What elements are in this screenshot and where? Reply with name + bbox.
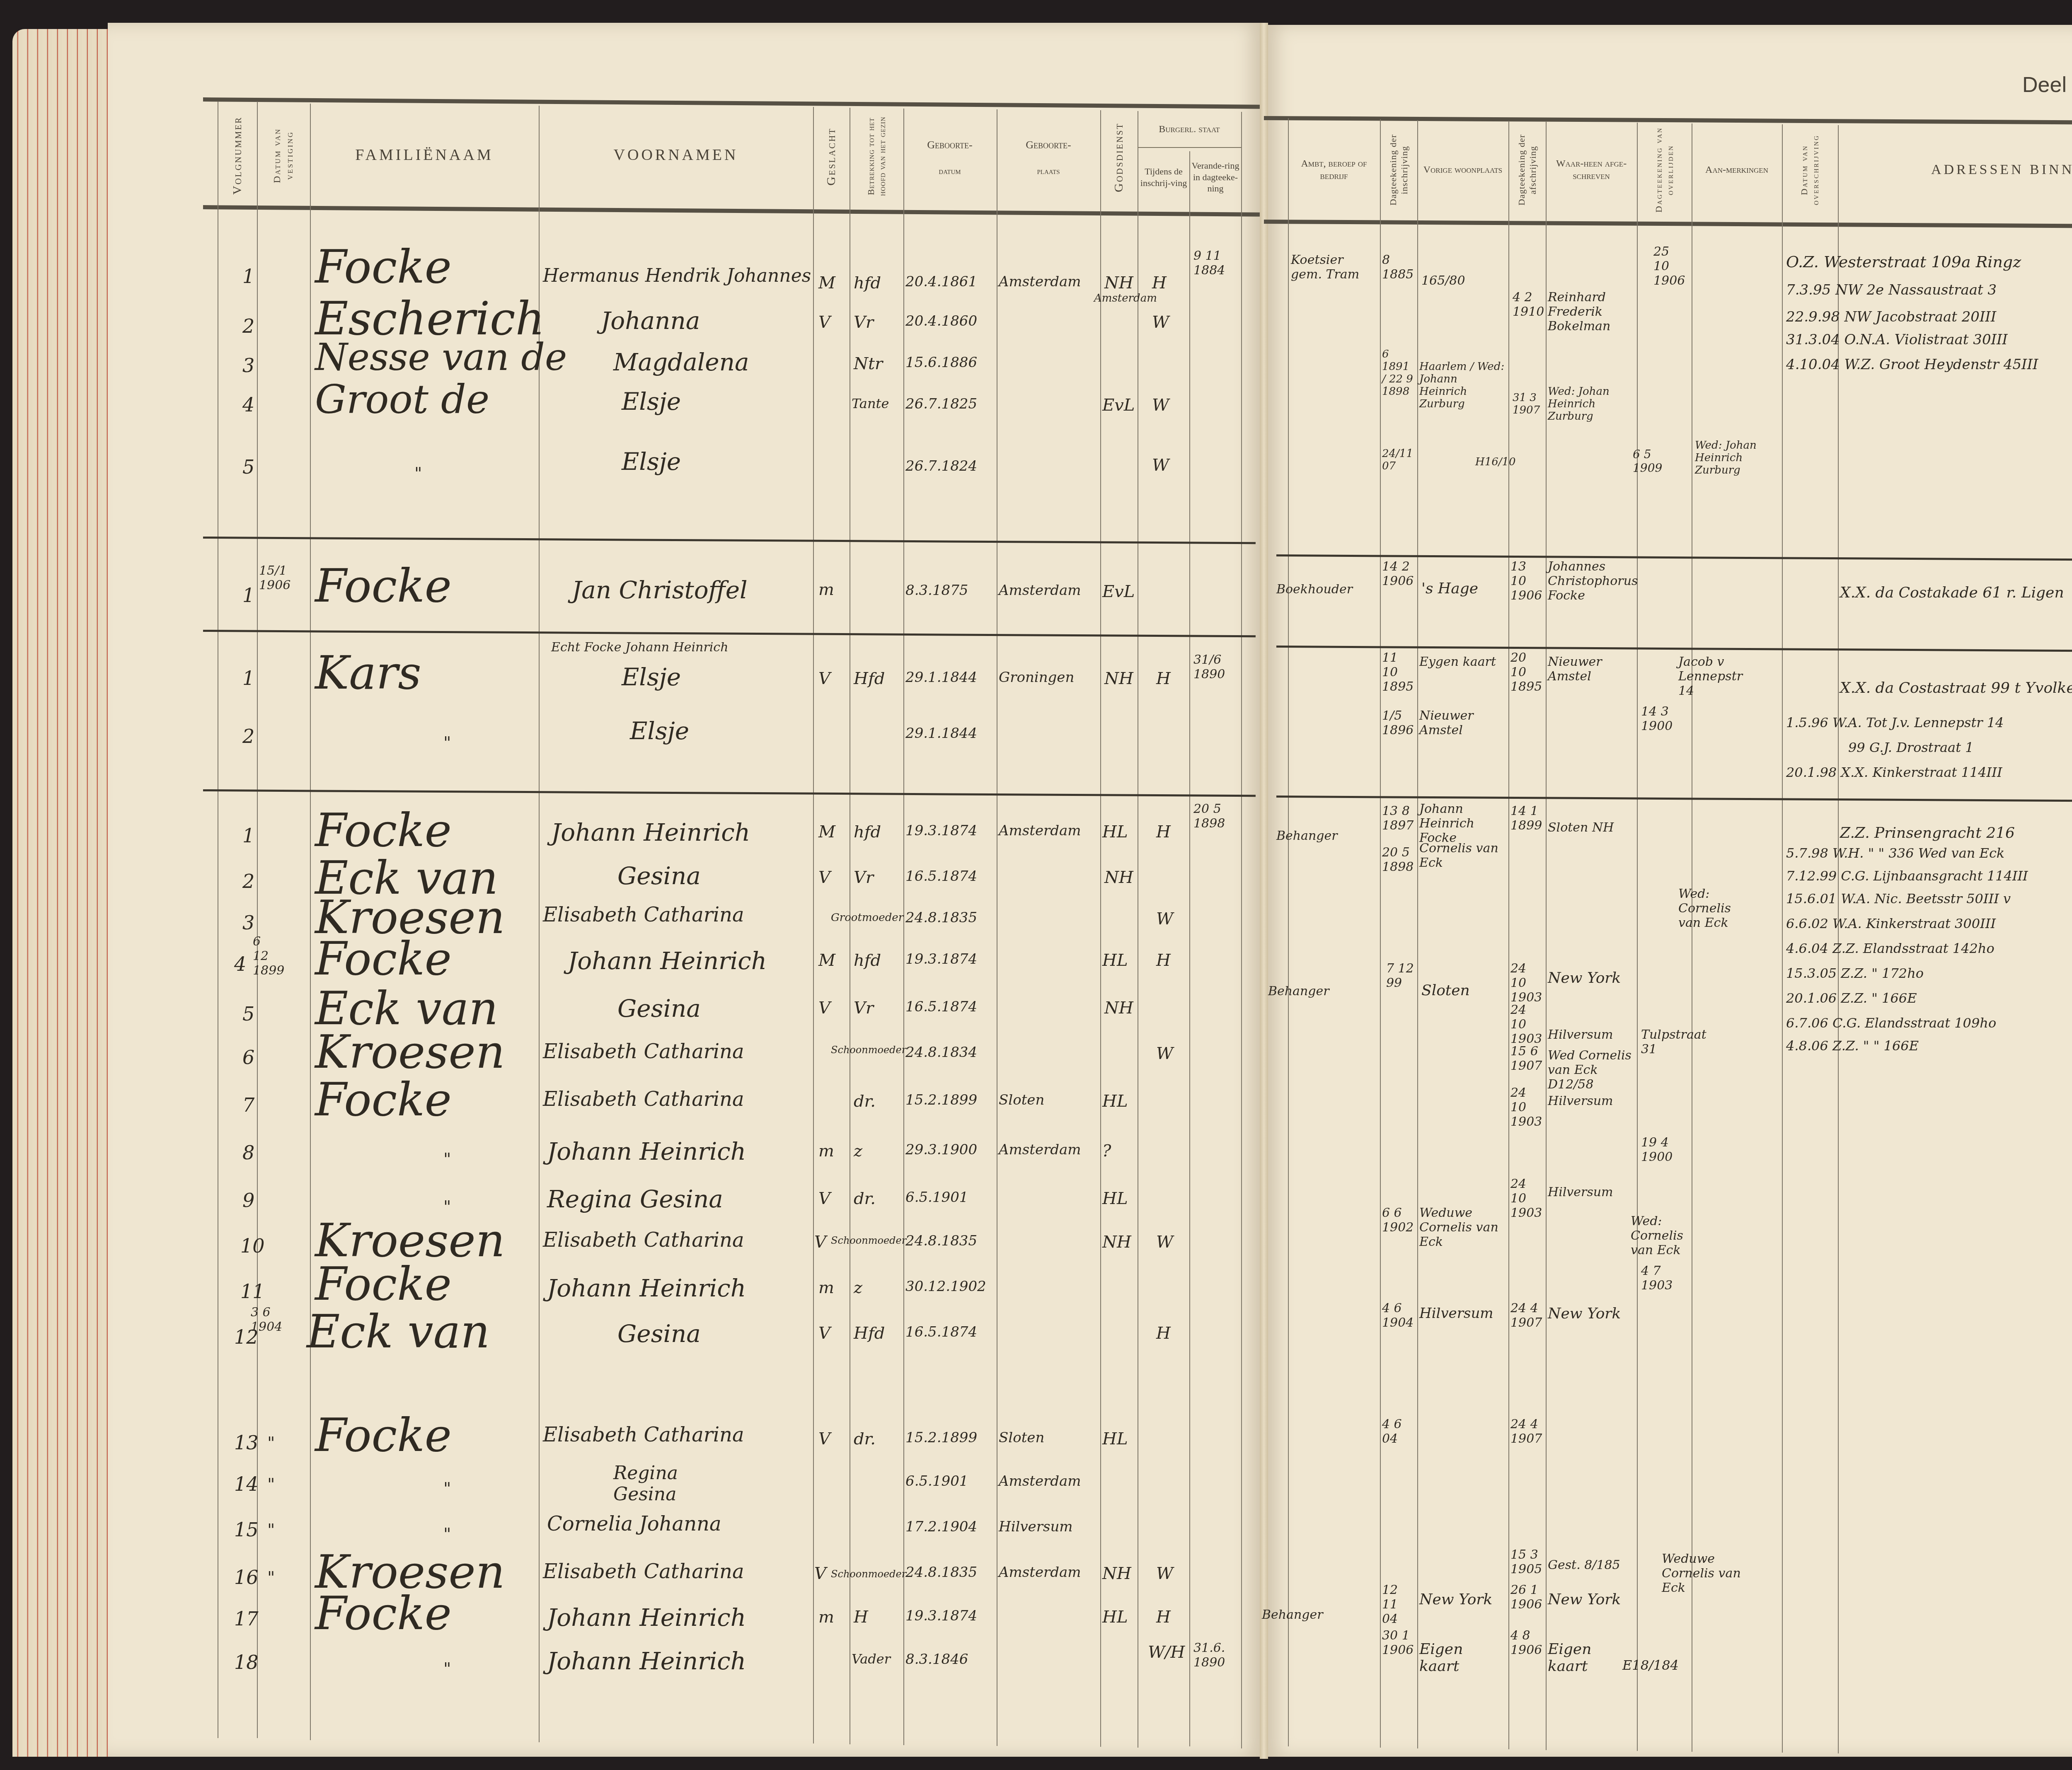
betrekking: Schoonmoeder [831,1044,906,1056]
familienaam: Focke [315,240,452,293]
godsdienst: HL [1102,822,1128,841]
aanmerkingen: Weduwe Cornelis van Eck [1662,1552,1753,1595]
row-number: 2 [242,315,254,337]
vorige-woonplaats: 's Hage [1421,580,1478,597]
deel-text: Deel [2022,73,2067,97]
header-datum-overschrijving: Datum van overschrijving [1783,124,1837,215]
voornamen: Johann Heinrich [568,947,767,975]
betrekking: Vr [854,868,874,887]
adres: X.X. da Costastraat 99 t Yvolkes [1840,679,2072,696]
voornamen: Johann Heinrich [551,818,750,846]
header-ambt: Ambt, beroep of bedrijf [1289,124,1379,215]
page-stack-left [12,29,108,1757]
vorige-woonplaats: Hilversum [1419,1305,1493,1322]
waarheen: Hilversum [1548,1094,1613,1108]
adres: 7.3.95 NW 2e Nassaustraat 3 [1786,282,1997,298]
betrekking: z [854,1141,862,1161]
row-number: 1 [242,265,254,288]
row-number: 1 [242,584,254,607]
dagt-afschrijving: 24 10 1903 [1510,1003,1539,1046]
header-tijdens: Tijdens de inschrij-ving [1139,149,1188,205]
col-line [1380,119,1381,1748]
godsdienst: HL [1102,1092,1128,1111]
betrekking: Grootmoeder [831,912,903,924]
vorige-woonplaats: Sloten [1421,982,1470,999]
vorige-woonplaats: Cornelis van Eck [1419,841,1502,870]
header-geboorteplaats-line1: Geboorte- [1026,138,1071,152]
col-line [1782,124,1783,1753]
betrekking: dr. [854,1092,876,1111]
geboortedatum: 16.5.1874 [905,999,977,1015]
geslacht: V [818,669,830,688]
dagt-inschrijving: 24/11 07 [1382,447,1415,472]
waarheen: Gest. 8/185 [1548,1558,1620,1572]
adres: 4.8.06 Z.Z. " " 166E [1786,1038,1919,1054]
geboorteplaats: Groningen [999,669,1074,686]
voornamen: Elisabeth Catharina [543,1228,744,1252]
geboortedatum: 26.7.1824 [905,458,977,474]
burg-tijdens: H [1156,822,1171,841]
burg-tijdens: W [1152,396,1169,415]
godsdienst: HL [1102,951,1128,970]
betrekking: Schoonmoeder [831,1235,906,1246]
geboortedatum: 24.8.1835 [905,1564,977,1581]
dagt-afschrijving: 13 10 1906 [1510,559,1544,603]
datum-vestiging: " [267,1475,275,1494]
voornamen: Elsje [622,447,681,476]
adres: Z.Z. Prinsengracht 216 [1840,825,2015,841]
overlijden: 4 7 1903 [1641,1264,1670,1293]
waarheen: Eigen kaart [1548,1641,1622,1675]
header-verandering: Verande-ring in dagteeke-ning [1191,149,1240,205]
header-vorige-woonplaats: Vorige woonplaats [1418,124,1508,215]
dagt-inschrijving: 7 12 99 [1386,961,1415,990]
vorige-woonplaats: Weduwe Cornelis van Eck [1419,1206,1502,1249]
dagt-inschrijving: 20 5 1898 [1382,845,1415,874]
godsdienst: NH [1104,999,1133,1018]
burg-tijdens: W [1156,1233,1173,1252]
aanmerkingen: Jacob v Lennepstr 14 [1678,655,1761,698]
row-number: 18 [234,1651,259,1673]
col-line [1288,118,1289,1746]
row-number: 7 [242,1094,254,1116]
voornamen-note: Echt Focke Johann Heinrich [551,640,729,655]
header-familienaam: FAMILIËNAAM [311,108,538,203]
betrekking: hfd [854,273,881,293]
waarheen: Hilversum [1548,1185,1613,1199]
vorige-woonplaats: Eigen kaart [1419,1641,1494,1675]
dagt-inschrijving: 14 2 1906 [1382,559,1415,588]
dagt-inschrijving: 6 1891 / 22 9 1898 [1382,348,1415,398]
waarheen: New York [1548,1591,1622,1608]
header-geslacht: Geslacht [814,110,849,203]
familienaam-ditto: " [443,1150,451,1169]
godsdienst: NH [1104,868,1133,887]
col-line [813,107,814,1743]
row-number: 9 [242,1189,254,1211]
dagt-afschrijving: H16/10 [1475,456,1516,468]
overlijden: 14 3 1900 [1641,704,1674,733]
header-godsdienst: Godsdienst [1101,112,1137,203]
betrekking: Vr [854,313,874,332]
header-geboortedatum: Geboorte- datum [904,112,995,203]
row-number: 4 [234,953,246,975]
geslacht: V [818,313,830,332]
header-geboorteplaats-line2: plaats [1037,165,1060,177]
row-number: 2 [242,725,254,747]
header-geboortedatum-line2: datum [939,165,961,177]
adres: X.X. da Costakade 61 r. Ligen [1840,584,2064,601]
dagt-afschrijving: 4 8 1906 [1510,1628,1539,1657]
geboortedatum: 24.8.1835 [905,909,977,926]
geboorteplaats: Amsterdam [999,1564,1081,1581]
waarheen: Reinhard Frederik Bokelman [1548,290,1631,334]
betrekking: z [854,1278,862,1297]
voornamen: Johann Heinrich [547,1274,746,1302]
burg-tijdens: W [1152,313,1169,332]
godsdienst: HL [1102,1429,1128,1448]
header-aanmerkingen: Aan-merkingen [1692,124,1781,215]
row-number: 16 [234,1566,259,1589]
adres: 22.9.98 NW Jacobstraat 20III [1786,309,1996,325]
geboortedatum: 29.1.1844 [905,725,977,742]
godsdienst: HL [1102,1608,1128,1627]
godsdienst: NH [1104,669,1133,688]
row-number: 10 [240,1235,265,1257]
geboortedatum: 29.1.1844 [905,669,977,686]
geboortedatum: 6.5.1901 [905,1189,968,1206]
familienaam: Focke [315,1073,452,1126]
aanmerkingen: Wed: Cornelis van Eck [1631,1214,1693,1257]
adres: 20.1.98 X.X. Kinkerstraat 114III [1786,764,2002,780]
voornamen: Elisabeth Catharina [543,903,744,926]
row-number: 6 [242,1046,254,1069]
adres: 1.5.96 W.A. Tot J.v. Lennepstr 14 [1786,715,2004,730]
adres: O.Z. Westerstraat 109a Ringz [1786,253,2021,271]
betrekking: H [854,1608,868,1627]
adres: 15.3.05 Z.Z. " 172ho [1786,965,1924,981]
voornamen: Elsje [630,717,689,745]
voornamen: Johann Heinrich [547,1603,746,1632]
col-line [1508,121,1509,1749]
dagt-inschrijving: 30 1 1906 [1382,1628,1411,1657]
familienaam: Focke [315,804,452,857]
row-number: 2 [242,870,254,892]
geboorteplaats: Sloten [999,1429,1044,1446]
voornamen: Elsje [622,663,681,691]
waarheen: Sloten NH [1548,820,1631,835]
dagt-inschrijving: 1/5 1896 [1382,708,1415,737]
vorige-woonplaats: Haarlem / Wed: Johann Heinrich Zurburg [1419,360,1506,410]
dagt-inschrijving: 13 8 1897 [1382,804,1415,833]
familienaam: Nesse van de [315,336,567,379]
geslacht: V [814,1564,826,1583]
godsdienst: ? [1102,1141,1111,1161]
dagt-afschrijving: 26 1 1906 [1510,1583,1539,1612]
voornamen: Hermanus Hendrik Johannes [543,265,811,286]
vorige-woonplaats: Johann Heinrich Focke [1419,802,1502,845]
geboortedatum: 8.3.1875 [905,582,968,599]
col-line [1189,151,1190,1746]
burg-tijdens: H [1156,951,1171,970]
col-line [1417,120,1418,1748]
geslacht: M [818,822,835,841]
aanmerkingen: Tulpstraat 31 [1641,1028,1687,1057]
overlijden: 19 4 1900 [1641,1135,1670,1164]
col-line [1546,122,1547,1750]
godsdienst: NH [1102,1233,1131,1252]
geboortedatum: 19.3.1874 [905,822,977,839]
voornamen: Regina Gesina [613,1463,696,1505]
dagt-inschrijving: 4 6 04 [1382,1417,1411,1446]
voornamen: Jan Christoffel [572,576,748,604]
ambt: Behanger [1262,1608,1323,1622]
geboortedatum: 16.5.1874 [905,1324,977,1340]
burg-tijdens: H [1156,669,1171,688]
geboortedatum: 17.2.1904 [905,1519,977,1535]
adres: 6.6.02 W.A. Kinkerstraat 300III [1786,916,1996,931]
voornamen: Gesina [617,862,701,890]
geslacht: V [818,1189,830,1208]
row-number: 14 [234,1473,259,1495]
familienaam-ditto: " [443,1659,451,1678]
col-line [1692,123,1692,1752]
betrekking: Hfd [854,1324,885,1343]
familienaam: Focke [315,1257,452,1311]
col-line [1241,112,1242,1748]
betrekking: dr. [854,1189,876,1208]
geboorteplaats: Hilversum [999,1519,1073,1535]
geslacht: V [814,1233,826,1252]
row-number: 13 [234,1431,259,1454]
familienaam-ditto: " [443,733,451,752]
godsdienst: HL [1102,1189,1128,1208]
dagt-afschrijving: 24 4 1907 [1510,1417,1539,1446]
betrekking: Hfd [854,669,885,688]
betrekking: hfd [854,822,881,841]
header-dagt-overlijden: Dagteekening van overlijden [1638,124,1691,215]
adres: 31.3.04 O.N.A. Violistraat 30III [1786,331,2008,348]
geslacht: V [818,868,830,887]
row-number: 5 [242,1003,254,1025]
familienaam: Focke [315,1587,452,1640]
waarheen: New York [1548,1305,1622,1322]
book-spine [1260,23,1268,1759]
voornamen: Johann Heinrich [547,1137,746,1165]
header-voornamen: VOORNAMEN [540,108,812,203]
voornamen: Magdalena [613,348,749,376]
burg-verandering: 31.6. 1890 [1193,1641,1227,1670]
betrekking: Schoonmoeder [831,1568,906,1580]
dagt-afschrijving: 24 10 1903 [1510,961,1539,1005]
betrekking: Ntr [854,354,883,373]
geboortedatum: 20.4.1861 [905,273,977,290]
ambt: Behanger [1276,829,1338,843]
geboortedatum: 15.2.1899 [905,1092,977,1108]
row-number: 5 [242,456,254,478]
voornamen: Gesina [617,1320,701,1348]
overlijden: E18/184 [1622,1657,1679,1673]
voornamen: Elisabeth Catharina [543,1423,744,1446]
familienaam-ditto: " [443,1479,451,1498]
dagt-afschrijving: 24 10 1903 [1510,1177,1539,1220]
betrekking: dr. [854,1429,876,1448]
burgerl-divider [1138,147,1241,148]
aanmerkingen: Wed: Johan Heinrich Zurburg [1695,439,1778,476]
burg-tijdens: W [1156,909,1173,929]
voornamen: Regina Gesina [547,1185,723,1213]
row-number: 3 [242,912,254,934]
ambt: Koetsier gem. Tram [1291,253,1374,282]
header-datum-vestiging: Datum van vestiging [258,108,309,203]
row-number: 3 [242,354,254,377]
waarheen: Hilversum [1548,1028,1613,1042]
geboortedatum: 30.12.1902 [905,1278,986,1295]
geslacht: M [818,951,835,970]
header-burgerl-staat: Burgerl. staat [1138,113,1240,146]
geboorteplaats: Amsterdam [999,582,1081,599]
adres: 20.1.06 Z.Z. " 166E [1786,990,1917,1006]
adres: 5.7.98 W.H. " " 336 Wed van Eck [1786,845,2004,861]
datum-vestiging: " [267,1521,275,1540]
voornamen: Elisabeth Catharina [543,1088,744,1111]
vorige-woonplaats: Nieuwer Amstel [1419,708,1502,737]
dagt-afschrijving: 4 2 1910 [1513,290,1542,319]
waarheen: Nieuwer Amstel [1548,655,1631,684]
geboortedatum: 16.5.1874 [905,868,977,885]
burg-tijdens: W [1156,1044,1173,1063]
geboortedatum: 19.3.1874 [905,1608,977,1624]
header-volgnummer: Volgnummer [219,108,256,203]
geslacht: m [818,580,834,599]
ambt: Behanger [1268,984,1329,999]
vorige-woonplaats: New York [1419,1591,1494,1608]
godsdienst: EvL [1102,582,1135,601]
geboortedatum: 26.7.1825 [905,396,977,412]
header-geboorteplaats: Geboorte- plaats [997,112,1099,203]
voornamen: Gesina [617,994,701,1023]
voornamen: Cornelia Johanna [547,1512,721,1535]
aanmerkingen: Wed: Cornelis van Eck [1678,887,1736,930]
burg-verandering: 9 11 1884 [1193,249,1235,278]
dagt-inschrijving: 4 6 1904 [1382,1301,1411,1330]
geboortedatum: 29.3.1900 [905,1141,977,1158]
geboorteplaats: Amsterdam [999,1473,1081,1490]
row-number: 4 [242,394,254,416]
voornamen: Elisabeth Catharina [543,1560,744,1583]
geslacht: V [818,1429,830,1448]
header-betrekking: Betrekking tot het hoofd van het gezin [850,110,903,203]
geboortedatum: 15.6.1886 [905,354,977,371]
dagt-inschrijving: 11 10 1895 [1382,650,1415,694]
burg-tijdens: W/H [1148,1643,1185,1662]
dagt-inschrijving: 8 1885 [1382,253,1415,282]
row-number: 1 [242,667,254,689]
geboorteplaats: Amsterdam [999,1141,1081,1158]
godsdienst: NH [1104,273,1133,293]
geboortedatum: 20.4.1860 [905,313,977,329]
overlijden: 6 5 1909 [1633,447,1666,475]
dagt-afschrijving: 31 3 1907 [1513,392,1542,416]
dagt-inschrijving: 6 6 1902 [1382,1206,1411,1235]
datum-vestiging: 3 6 1904 [251,1305,276,1334]
geboortedatum: 15.2.1899 [905,1429,977,1446]
familienaam: Eck van [307,1305,490,1358]
godsdienst: NH [1102,1564,1131,1583]
godsdienst: EvL [1102,396,1135,415]
burg-tijdens: H [1152,273,1167,293]
dagt-afschrijving: 24 4 1907 [1510,1301,1539,1330]
familienaam: Groot de [315,377,489,423]
geslacht: m [818,1278,834,1297]
vorige-woonplaats: 165/80 [1421,273,1465,288]
betrekking: Tante [852,396,889,411]
dagt-afschrijving: 15 6 1907 [1510,1044,1539,1073]
geboorteplaats: Amsterdam [999,273,1081,290]
col-line [1138,111,1138,1748]
col-line [903,109,904,1745]
geboorteplaats: Sloten [999,1092,1044,1108]
header-dagt-afschrijving: Dagteekening der afschrijving [1509,124,1545,215]
overlijden: 25 10 1906 [1653,244,1687,288]
row-number: 1 [242,825,254,847]
row-number: 17 [234,1608,259,1630]
deel-label: Deel76 [2022,73,2072,97]
dagt-afschrijving: 14 1 1899 [1510,804,1544,833]
geslacht: m [818,1141,834,1161]
geboorteplaats: Amsterdam [999,822,1081,839]
betrekking: Vader [852,1651,891,1667]
burg-tijdens: W [1156,1564,1173,1583]
geboortedatum: 8.3.1846 [905,1651,968,1668]
adres: 7.12.99 C.G. Lijnbaansgracht 114III [1786,868,2028,884]
geboortedatum: 6.5.1901 [905,1473,968,1490]
col-line [310,104,311,1740]
adres: 15.6.01 W.A. Nic. Beetsstr 50III v [1786,891,2011,907]
header-waarheen: Waar-heen afge-schreven [1547,124,1636,215]
dagt-inschrijving: 12 11 04 [1382,1583,1411,1626]
familienaam-ditto: " [414,464,422,483]
familienaam: Focke [315,559,452,612]
dagt-afschrijving: 20 10 1895 [1510,650,1544,694]
waarheen: New York [1548,970,1622,987]
burg-verandering: 20 5 1898 [1193,802,1227,831]
col-line [997,109,997,1746]
waarheen: Wed: Johan Heinrich Zurburg [1548,385,1631,423]
adres: 4.10.04 W.Z. Groot Heydenstr 45III [1786,356,2038,373]
datum-vestiging: 15/1 1906 [259,563,296,592]
burg-tijdens: H [1156,1324,1171,1343]
dagt-afschrijving: 24 10 1903 [1510,1086,1539,1129]
row-number: 15 [234,1519,259,1541]
waarheen: Wed Cornelis van Eck D12/58 [1548,1048,1643,1092]
geslacht: m [818,1608,834,1627]
waarheen: Johannes Christophorus Focke [1548,559,1639,603]
voornamen: Elsje [622,387,681,416]
header-dagt-inschrijving: Dagteekening der inschrijving [1381,124,1416,215]
ambt: Boekhouder [1276,582,1353,597]
header-adressen: ADRESSEN BINNEN DE GEMEENTE [1840,124,2072,215]
geboortedatum: 24.8.1834 [905,1044,977,1061]
betrekking: Vr [854,999,874,1018]
datum-vestiging: 6 12 1899 [253,934,278,978]
adres: 99 G.J. Drostraat 1 [1848,740,1974,755]
vorige-woonplaats: Eygen kaart [1419,655,1502,669]
betrekking: hfd [854,951,881,970]
col-line [1637,123,1638,1751]
burg-note: Amsterdam [1094,292,1157,305]
geslacht: M [818,273,835,293]
